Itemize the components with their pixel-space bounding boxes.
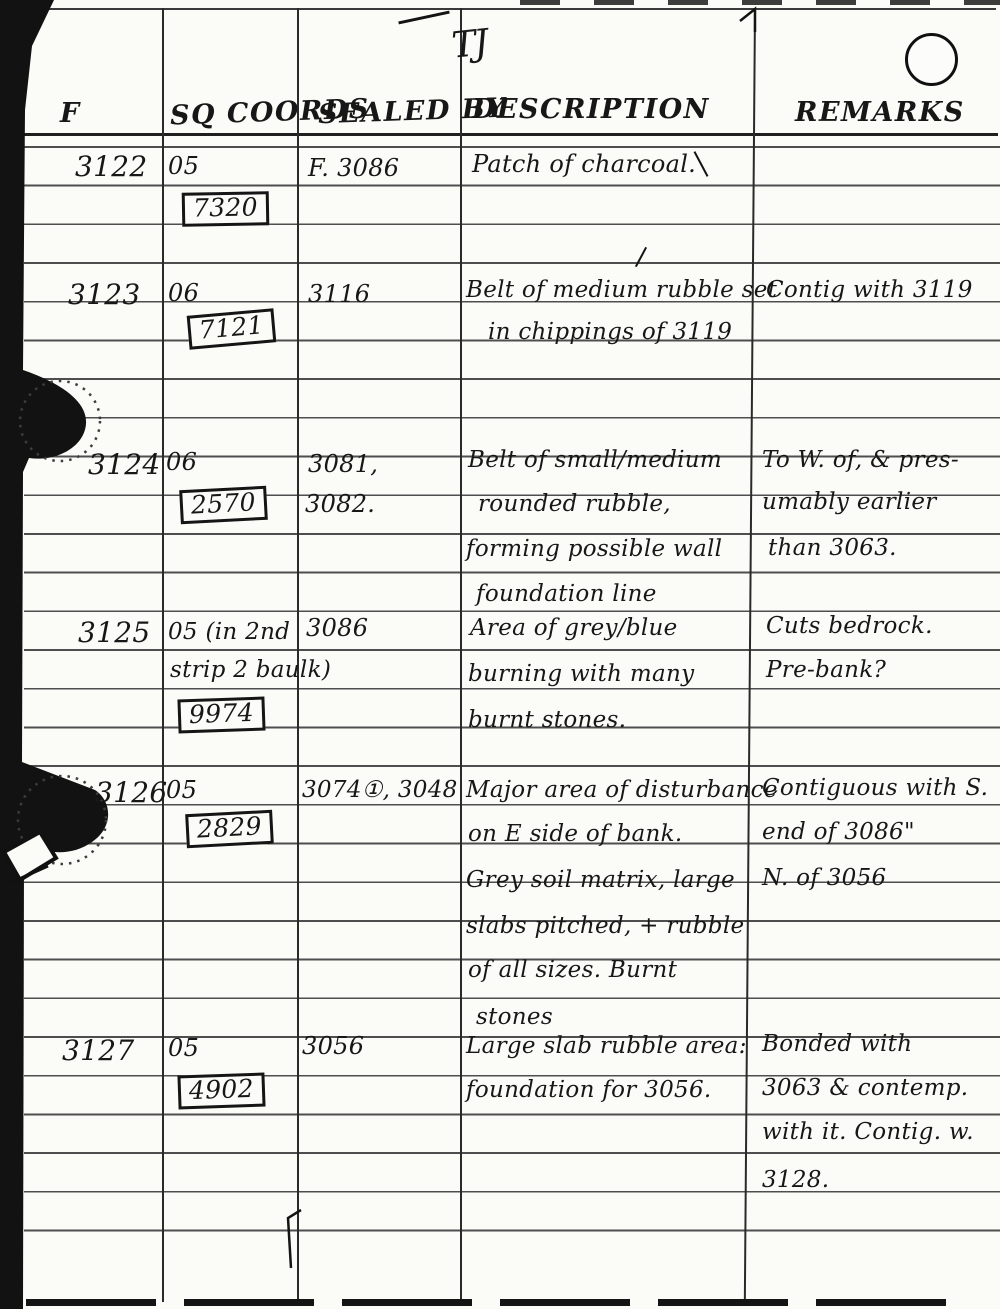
row-description-line: Area of grey/blue bbox=[470, 616, 678, 640]
column-line-sq bbox=[297, 8, 299, 1302]
ruled-lines bbox=[24, 146, 1000, 1234]
row-f-number: 3125 bbox=[78, 618, 150, 647]
row-sq-coords: 05 bbox=[166, 778, 197, 803]
black-border-shape bbox=[0, 0, 108, 1309]
row-remarks-line: Pre-bank? bbox=[766, 658, 886, 682]
row-sq-box: 7320 bbox=[182, 191, 269, 227]
row-remarks-line: To W. of, & pres- bbox=[762, 448, 959, 472]
row-remarks-line: umably earlier bbox=[762, 490, 937, 514]
row-description-line: Patch of charcoal. bbox=[472, 152, 696, 177]
column-line-sealed bbox=[460, 8, 462, 1302]
row-description-line: Major area of disturbance bbox=[466, 778, 778, 802]
row-remarks-line: N. of 3056 bbox=[762, 866, 886, 890]
row-f-number: 3123 bbox=[68, 280, 140, 309]
row-description-line: in chippings of 3119 bbox=[488, 320, 732, 344]
row-description-line: slabs pitched, + rubble bbox=[466, 914, 744, 938]
row-sq-coords: 05 (in 2nd bbox=[168, 620, 290, 644]
row-sealed-by: 3082. bbox=[305, 492, 375, 517]
row-sealed-by: 3116 bbox=[308, 282, 370, 307]
row-sealed-by: 3086 bbox=[306, 616, 368, 641]
row-f-number: 3126 bbox=[95, 778, 167, 807]
row-f-number: 3127 bbox=[62, 1036, 134, 1065]
row-sealed-by: F. 3086 bbox=[308, 156, 399, 181]
header-f: F bbox=[60, 100, 81, 128]
row-sealed-by: 3074①, 3048 bbox=[302, 778, 458, 802]
row-remarks-line: 3128. bbox=[762, 1168, 829, 1192]
row-remarks-line: Contiguous with S. bbox=[762, 776, 988, 800]
scan-edge-top bbox=[520, 0, 1000, 5]
row-sealed-by: 3081, bbox=[308, 452, 378, 477]
row-description-line: of all sizes. Burnt bbox=[468, 958, 677, 982]
row-description-line: Belt of small/medium bbox=[468, 448, 722, 472]
row-description-line: foundation for 3056. bbox=[466, 1078, 712, 1102]
row-sq-box: 2829 bbox=[185, 810, 274, 849]
row-remarks-line: 3063 & contemp. bbox=[762, 1076, 968, 1100]
row-description-line: Grey soil matrix, large bbox=[466, 868, 735, 892]
row-remarks-line: Contig with 3119 bbox=[766, 278, 973, 302]
row-sq-coords: 06 bbox=[166, 450, 197, 475]
row-description-line: rounded rubble, bbox=[478, 492, 671, 516]
row-remarks-line: with it. Contig. w. bbox=[762, 1120, 974, 1144]
row-description-line: on E side of bank. bbox=[468, 822, 682, 846]
row-f-number: 3124 bbox=[88, 450, 160, 479]
left-scan-border bbox=[0, 0, 150, 1309]
scanned-register-page: TJ F SQ COORDS SEALED BY DESCRIPTION REM… bbox=[0, 0, 1000, 1309]
header-description: DESCRIPTION bbox=[472, 96, 710, 124]
hook-mark-top bbox=[740, 9, 755, 32]
row-sq-coords: 06 bbox=[168, 281, 199, 306]
row-description-line: foundation line bbox=[476, 582, 657, 606]
corner-initials: TJ bbox=[450, 24, 488, 65]
row-sq-coords: 05 bbox=[168, 154, 199, 179]
row-description-line: Large slab rubble area: bbox=[466, 1034, 747, 1058]
row-description-line: forming possible wall bbox=[466, 537, 722, 561]
row-remarks-line: than 3063. bbox=[768, 536, 897, 560]
row-sq-box: 9974 bbox=[177, 696, 265, 733]
scan-edge-bottom bbox=[26, 1299, 946, 1306]
header-underline bbox=[24, 133, 998, 136]
top-rule-line bbox=[30, 8, 996, 10]
row-sq-box: 4902 bbox=[177, 1072, 265, 1109]
row-description-line: stones bbox=[476, 1005, 553, 1029]
row-remarks-line: end of 3086" bbox=[762, 820, 915, 844]
row-f-number: 3122 bbox=[75, 152, 147, 181]
row-description-line: Belt of medium rubble set bbox=[466, 278, 777, 302]
row-description-line: burnt stones. bbox=[468, 708, 626, 732]
row-remarks-line: Bonded with bbox=[762, 1032, 912, 1056]
punch-hole-circle bbox=[905, 33, 958, 86]
row-sq-coords: strip 2 baulk) bbox=[170, 658, 331, 682]
row-description-line: burning with many bbox=[468, 662, 694, 686]
column-line-f bbox=[162, 8, 164, 1302]
row-remarks-line: Cuts bedrock. bbox=[766, 614, 933, 638]
row-sq-coords: 05 bbox=[168, 1036, 199, 1061]
row-sealed-by: 3056 bbox=[302, 1034, 364, 1059]
header-remarks: REMARKS bbox=[795, 99, 965, 127]
pen-stroke-top bbox=[398, 11, 449, 25]
row-sq-box: 2570 bbox=[179, 486, 268, 525]
